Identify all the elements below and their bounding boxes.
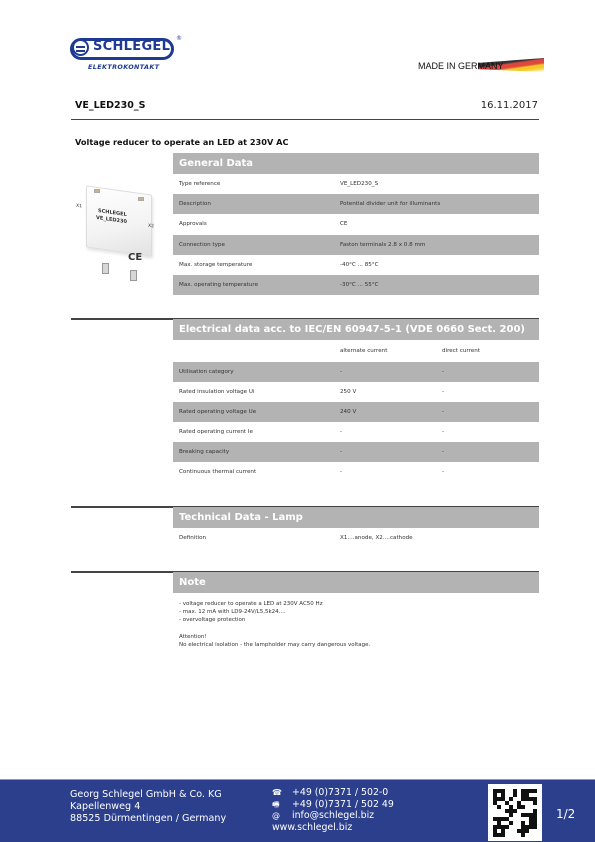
row-value: VE_LED230_S bbox=[340, 174, 378, 194]
row-label: Rated operating voltage Ue bbox=[179, 402, 256, 422]
row-value-dc: - bbox=[442, 382, 444, 402]
section-header-general-data: General Data bbox=[173, 153, 539, 174]
row-value-ac: 240 V bbox=[340, 402, 356, 422]
row-label: Continuous thermal current bbox=[179, 462, 256, 482]
logo-emblem-icon bbox=[72, 39, 89, 56]
table-row: Approvals CE bbox=[173, 214, 539, 234]
row-label: Description bbox=[179, 194, 211, 214]
column-header-ac: alternate current bbox=[340, 341, 387, 361]
row-label: Rated insulation voltage Ui bbox=[179, 382, 255, 402]
row-value: Faston terminals 2.8 x 0.8 mm bbox=[340, 235, 425, 255]
row-label: Connection type bbox=[179, 235, 225, 255]
row-value-ac: - bbox=[340, 422, 342, 442]
row-label: Max. operating temperature bbox=[179, 275, 258, 295]
section-header-technical-lamp: Technical Data - Lamp bbox=[173, 507, 539, 528]
table-row: Rated operating voltage Ue 240 V - bbox=[173, 402, 539, 422]
product-pin-label-x1: X1 bbox=[76, 204, 82, 210]
table-row: Definition X1....anode, X2....cathode bbox=[173, 528, 539, 548]
product-terminal-left bbox=[102, 263, 109, 274]
row-value-ac: 250 V bbox=[340, 382, 356, 402]
product-slot-right bbox=[138, 197, 144, 201]
row-value: Potential divider unit for illuminants bbox=[340, 194, 440, 214]
section-header-electrical-data: Electrical data acc. to IEC/EN 60947-5-1… bbox=[173, 319, 539, 340]
table-row: Continuous thermal current - - bbox=[173, 462, 539, 482]
note-warning: No electrical isolation - the lampholder… bbox=[179, 642, 370, 650]
company-name: Georg Schlegel GmbH & Co. KG bbox=[70, 789, 226, 801]
row-value-dc: - bbox=[442, 442, 444, 462]
row-value-dc: - bbox=[442, 422, 444, 442]
table-header-row: alternate current direct current bbox=[173, 341, 539, 361]
row-value-ac: - bbox=[340, 442, 342, 462]
table-row: Utilisation category - - bbox=[173, 362, 539, 382]
row-label: Approvals bbox=[179, 214, 207, 234]
email-icon: @ bbox=[272, 810, 292, 822]
row-value: -40°C ... 85°C bbox=[340, 255, 379, 275]
made-in-germany-label: MADE IN GERMANY bbox=[418, 61, 504, 71]
header-divider bbox=[71, 119, 539, 120]
schlegel-logo: SCHLEGEL ® ELEKTROKONTAKT bbox=[70, 38, 180, 72]
email-link[interactable]: info@schlegel.biz bbox=[292, 810, 374, 822]
row-label: Max. storage temperature bbox=[179, 255, 252, 275]
document-subtitle: Voltage reducer to operate an LED at 230… bbox=[75, 137, 288, 147]
page-footer: Georg Schlegel GmbH & Co. KG Kapellenweg… bbox=[0, 779, 595, 842]
note-attention: Attention! bbox=[179, 634, 207, 642]
row-label: Definition bbox=[179, 528, 206, 548]
row-value: -30°C ... 55°C bbox=[340, 275, 379, 295]
logo-registered-mark: ® bbox=[176, 35, 182, 42]
row-label: Rated operating current Ie bbox=[179, 422, 253, 442]
row-value-ac: - bbox=[340, 362, 342, 382]
fax-number: +49 (0)7371 / 502 49 bbox=[292, 799, 394, 811]
row-label: Utilisation category bbox=[179, 362, 234, 382]
row-value-dc: - bbox=[442, 402, 444, 422]
note-line: - overvoltage protection bbox=[179, 617, 245, 625]
table-row: Rated insulation voltage Ui 250 V - bbox=[173, 382, 539, 402]
row-value-dc: - bbox=[442, 362, 444, 382]
company-street: Kapellenweg 4 bbox=[70, 801, 226, 813]
row-label: Breaking capacity bbox=[179, 442, 229, 462]
table-row: Rated operating current Ie - - bbox=[173, 422, 539, 442]
row-value: X1....anode, X2....cathode bbox=[340, 528, 413, 548]
row-value-dc: - bbox=[442, 462, 444, 482]
table-row: Breaking capacity - - bbox=[173, 442, 539, 462]
section-header-note: Note bbox=[173, 572, 539, 593]
phone-number[interactable]: +49 (0)7371 / 502-0 bbox=[292, 787, 388, 799]
note-line: - voltage reducer to operate a LED at 23… bbox=[179, 601, 323, 609]
table-row: Max. storage temperature -40°C ... 85°C bbox=[173, 255, 539, 275]
row-label: Type reference bbox=[179, 174, 220, 194]
column-header-dc: direct current bbox=[442, 341, 480, 361]
page-number: 1/2 bbox=[556, 807, 575, 821]
document-date: 16.11.2017 bbox=[481, 100, 538, 111]
note-line: - max. 12 mA with LD9-24V/L5,5k24.... bbox=[179, 609, 286, 617]
product-slot-left bbox=[94, 189, 100, 193]
product-pin-label-x2: X2 bbox=[148, 224, 154, 230]
table-row: Max. operating temperature -30°C ... 55°… bbox=[173, 275, 539, 295]
website-link[interactable]: www.schlegel.biz bbox=[272, 822, 352, 834]
table-row: Connection type Faston terminals 2.8 x 0… bbox=[173, 235, 539, 255]
qr-code-pattern bbox=[493, 789, 537, 836]
logo-subtitle: ELEKTROKONTAKT bbox=[88, 63, 160, 71]
qr-code[interactable] bbox=[488, 784, 542, 841]
ce-mark-icon: CE bbox=[128, 252, 142, 263]
company-contact: ☎+49 (0)7371 / 502-0 🖷+49 (0)7371 / 502 … bbox=[272, 787, 394, 833]
table-row: Description Potential divider unit for i… bbox=[173, 194, 539, 214]
phone-icon: ☎ bbox=[272, 787, 292, 799]
company-city: 88525 Dürmentingen / Germany bbox=[70, 813, 226, 825]
row-value-ac: - bbox=[340, 462, 342, 482]
product-terminal-right bbox=[130, 270, 137, 281]
document-id: VE_LED230_S bbox=[75, 100, 145, 111]
company-address: Georg Schlegel GmbH & Co. KG Kapellenweg… bbox=[70, 789, 226, 826]
product-image: X1 X2 SCHLEGEL VE_LED230 CE bbox=[80, 170, 160, 285]
fax-icon: 🖷 bbox=[272, 799, 292, 811]
table-row: Type reference VE_LED230_S bbox=[173, 174, 539, 194]
row-value: CE bbox=[340, 214, 347, 234]
logo-text: SCHLEGEL bbox=[93, 39, 170, 54]
